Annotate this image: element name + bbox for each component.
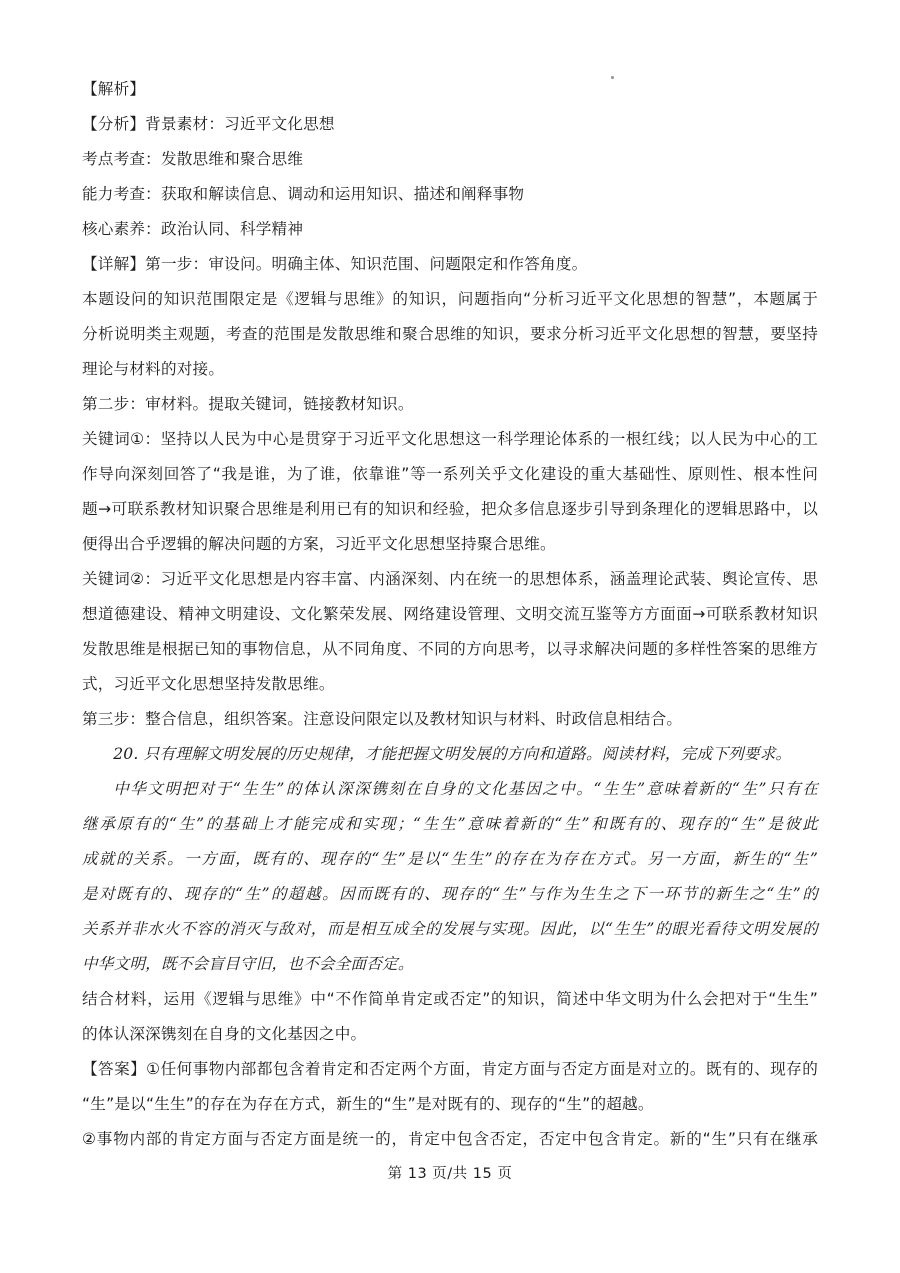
material-line: 中华文明把对于“生生”的体认深深镌刻在自身的文化基因之中。“生生”意味着新的“生…: [82, 772, 818, 807]
text-line: 理论与材料的对接。: [82, 352, 818, 387]
answer-line: “生”是以“生生”的存在为存在方式，新生的“生”是对既有的、现存的“生”的超越。: [82, 1087, 818, 1122]
material-line: 是对既有的、现存的“生”的超越。因而既有的、现存的“生”与作为生生之下一环节的新…: [82, 877, 818, 912]
text-line: 题→可联系教材知识聚合思维是利用已有的知识和经验，把众多信息逐步引导到条理化的逻…: [82, 492, 818, 527]
text-line: 作导向深刻回答了“我是谁，为了谁，依靠谁”等一系列关乎文化建设的重大基础性、原则…: [82, 457, 818, 492]
text-line: 分析说明类主观题，考查的范围是发散思维和聚合思维的知识，要求分析习近平文化思想的…: [82, 317, 818, 352]
text-line: 的体认深深镌刻在自身的文化基因之中。: [82, 1017, 818, 1052]
text-line: 第三步：整合信息，组织答案。注意设问限定以及教材知识与材料、时政信息相结合。: [82, 702, 818, 737]
material-line: 中华文明，既不会盲目守旧，也不会全面否定。: [82, 947, 818, 982]
stray-mark: [611, 76, 614, 79]
text-line: 【解析】: [82, 72, 818, 107]
text-line: 式，习近平文化思想坚持发散思维。: [82, 667, 818, 702]
page-footer: 第 13 页/共 15 页: [82, 1157, 818, 1192]
text-line: 关键词①：坚持以人民为中心是贯穿于习近平文化思想这一科学理论体系的一根红线；以人…: [82, 422, 818, 457]
material-line: 关系并非水火不容的消灭与敌对，而是相互成全的发展与实现。因此，以“生生”的眼光看…: [82, 912, 818, 947]
answer-line: 【答案】①任何事物内部都包含着肯定和否定两个方面，肯定方面与否定方面是对立的。既…: [82, 1052, 818, 1087]
text-line: 发散思维是根据已知的事物信息，从不同角度、不同的方向思考，以寻求解决问题的多样性…: [82, 632, 818, 667]
document-page: 【解析】 【分析】背景素材：习近平文化思想 考点考查：发散思维和聚合思维 能力考…: [0, 0, 900, 1273]
text-line: 本题设问的知识范围限定是《逻辑与思维》的知识，问题指向“分析习近平文化思想的智慧…: [82, 282, 818, 317]
material-line: 成就的关系。一方面，既有的、现存的“生”是以“生生”的存在为存在方式。另一方面，…: [82, 842, 818, 877]
text-line: 核心素养：政治认同、科学精神: [82, 212, 818, 247]
text-line: 结合材料，运用《逻辑与思维》中“不作简单肯定或否定”的知识，简述中华文明为什么会…: [82, 982, 818, 1017]
text-line: 能力考查：获取和解读信息、调动和运用知识、描述和阐释事物: [82, 177, 818, 212]
material-line: 继承原有的“生”的基础上才能完成和实现；“生生”意味着新的“生”和既有的、现存的…: [82, 807, 818, 842]
text-line: 便得出合乎逻辑的解决问题的方案，习近平文化思想坚持聚合思维。: [82, 527, 818, 562]
text-line: 考点考查：发散思维和聚合思维: [82, 142, 818, 177]
text-line: 关键词②：习近平文化思想是内容丰富、内涵深刻、内在统一的思想体系，涵盖理论武装、…: [82, 562, 818, 597]
text-line: 【详解】第一步：审设问。明确主体、知识范围、问题限定和作答角度。: [82, 247, 818, 282]
question-20-stem: 20. 只有理解文明发展的历史规律，才能把握文明发展的方向和道路。阅读材料，完成…: [82, 737, 818, 772]
text-line: 【分析】背景素材：习近平文化思想: [82, 107, 818, 142]
text-line: 第二步：审材料。提取关键词，链接教材知识。: [82, 387, 818, 422]
answer-line: ②事物内部的肯定方面与否定方面是统一的，肯定中包含否定，否定中包含肯定。新的“生…: [82, 1122, 818, 1157]
text-line: 想道德建设、精神文明建设、文化繁荣发展、网络建设管理、文明交流互鉴等方方面面→可…: [82, 597, 818, 632]
